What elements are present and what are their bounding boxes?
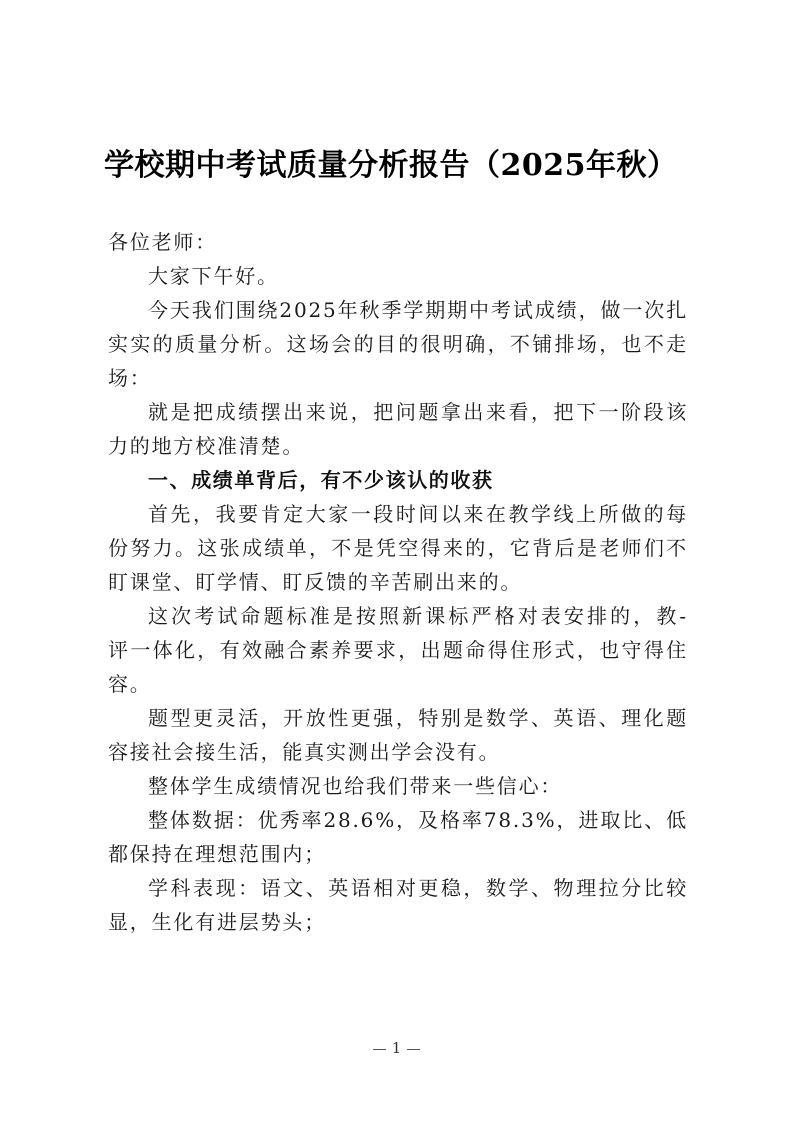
document-page: 学校期中考试质量分析报告（2025年秋） 各位老师： 大家下午好。今天我们围绕2… xyxy=(0,0,793,1122)
text-line: 盯课堂、盯学情、盯反馈的辛苦刷出来的。 xyxy=(108,565,688,599)
text-line: 整体学生成绩情况也给我们带来一些信心： xyxy=(108,769,688,803)
text-line: 容。 xyxy=(108,667,688,701)
text-line: 评一体化，有效融合素养要求，出题命得住形式，也守得住内 xyxy=(108,633,688,667)
page-footer: 1 xyxy=(0,1036,793,1060)
page-number: 1 xyxy=(392,1039,402,1057)
text-line: 容接社会接生活，能真实测出学会没有。 xyxy=(108,735,688,769)
text-line: 显，生化有进层势头； xyxy=(108,905,688,939)
text-line: 首先，我要肯定大家一段时间以来在教学线上所做的每一 xyxy=(108,497,688,531)
dash-right xyxy=(407,1049,420,1050)
text-line: 今天我们围绕2025年秋季学期期中考试成绩，做一次扎扎 xyxy=(108,293,688,327)
text-line: 大家下午好。 xyxy=(108,259,688,293)
text-line: 整体数据：优秀率28.6%，及格率78.3%，进取比、低分率 xyxy=(108,803,688,837)
text-line: 学科表现：语文、英语相对更稳，数学、物理拉分比较明 xyxy=(108,871,688,905)
document-title: 学校期中考试质量分析报告（2025年秋） xyxy=(104,146,704,186)
paragraph-lines: 大家下午好。今天我们围绕2025年秋季学期期中考试成绩，做一次扎扎实实的质量分析… xyxy=(108,259,688,939)
text-line: 就是把成绩摆出来说，把问题拿出来看，把下一阶段该发 xyxy=(108,395,688,429)
section-heading: 一、成绩单背后，有不少该认的收获 xyxy=(108,463,688,497)
text-line: 力的地方校准清楚。 xyxy=(108,429,688,463)
text-line: 都保持在理想范围内； xyxy=(108,837,688,871)
text-line: 这次考试命题标准是按照新课标严格对表安排的，教-学- xyxy=(108,599,688,633)
text-line: 题型更灵活，开放性更强，特别是数学、英语、理化题内 xyxy=(108,701,688,735)
document-body: 各位老师： 大家下午好。今天我们围绕2025年秋季学期期中考试成绩，做一次扎扎实… xyxy=(108,225,688,939)
text-line: 实实的质量分析。这场会的目的很明确，不铺排场，也不走过 xyxy=(108,327,688,361)
text-line: 份努力。这张成绩单，不是凭空得来的，它背后是老师们不断 xyxy=(108,531,688,565)
text-line: 场： xyxy=(108,361,688,395)
dash-left xyxy=(373,1049,386,1050)
salutation: 各位老师： xyxy=(108,225,688,259)
